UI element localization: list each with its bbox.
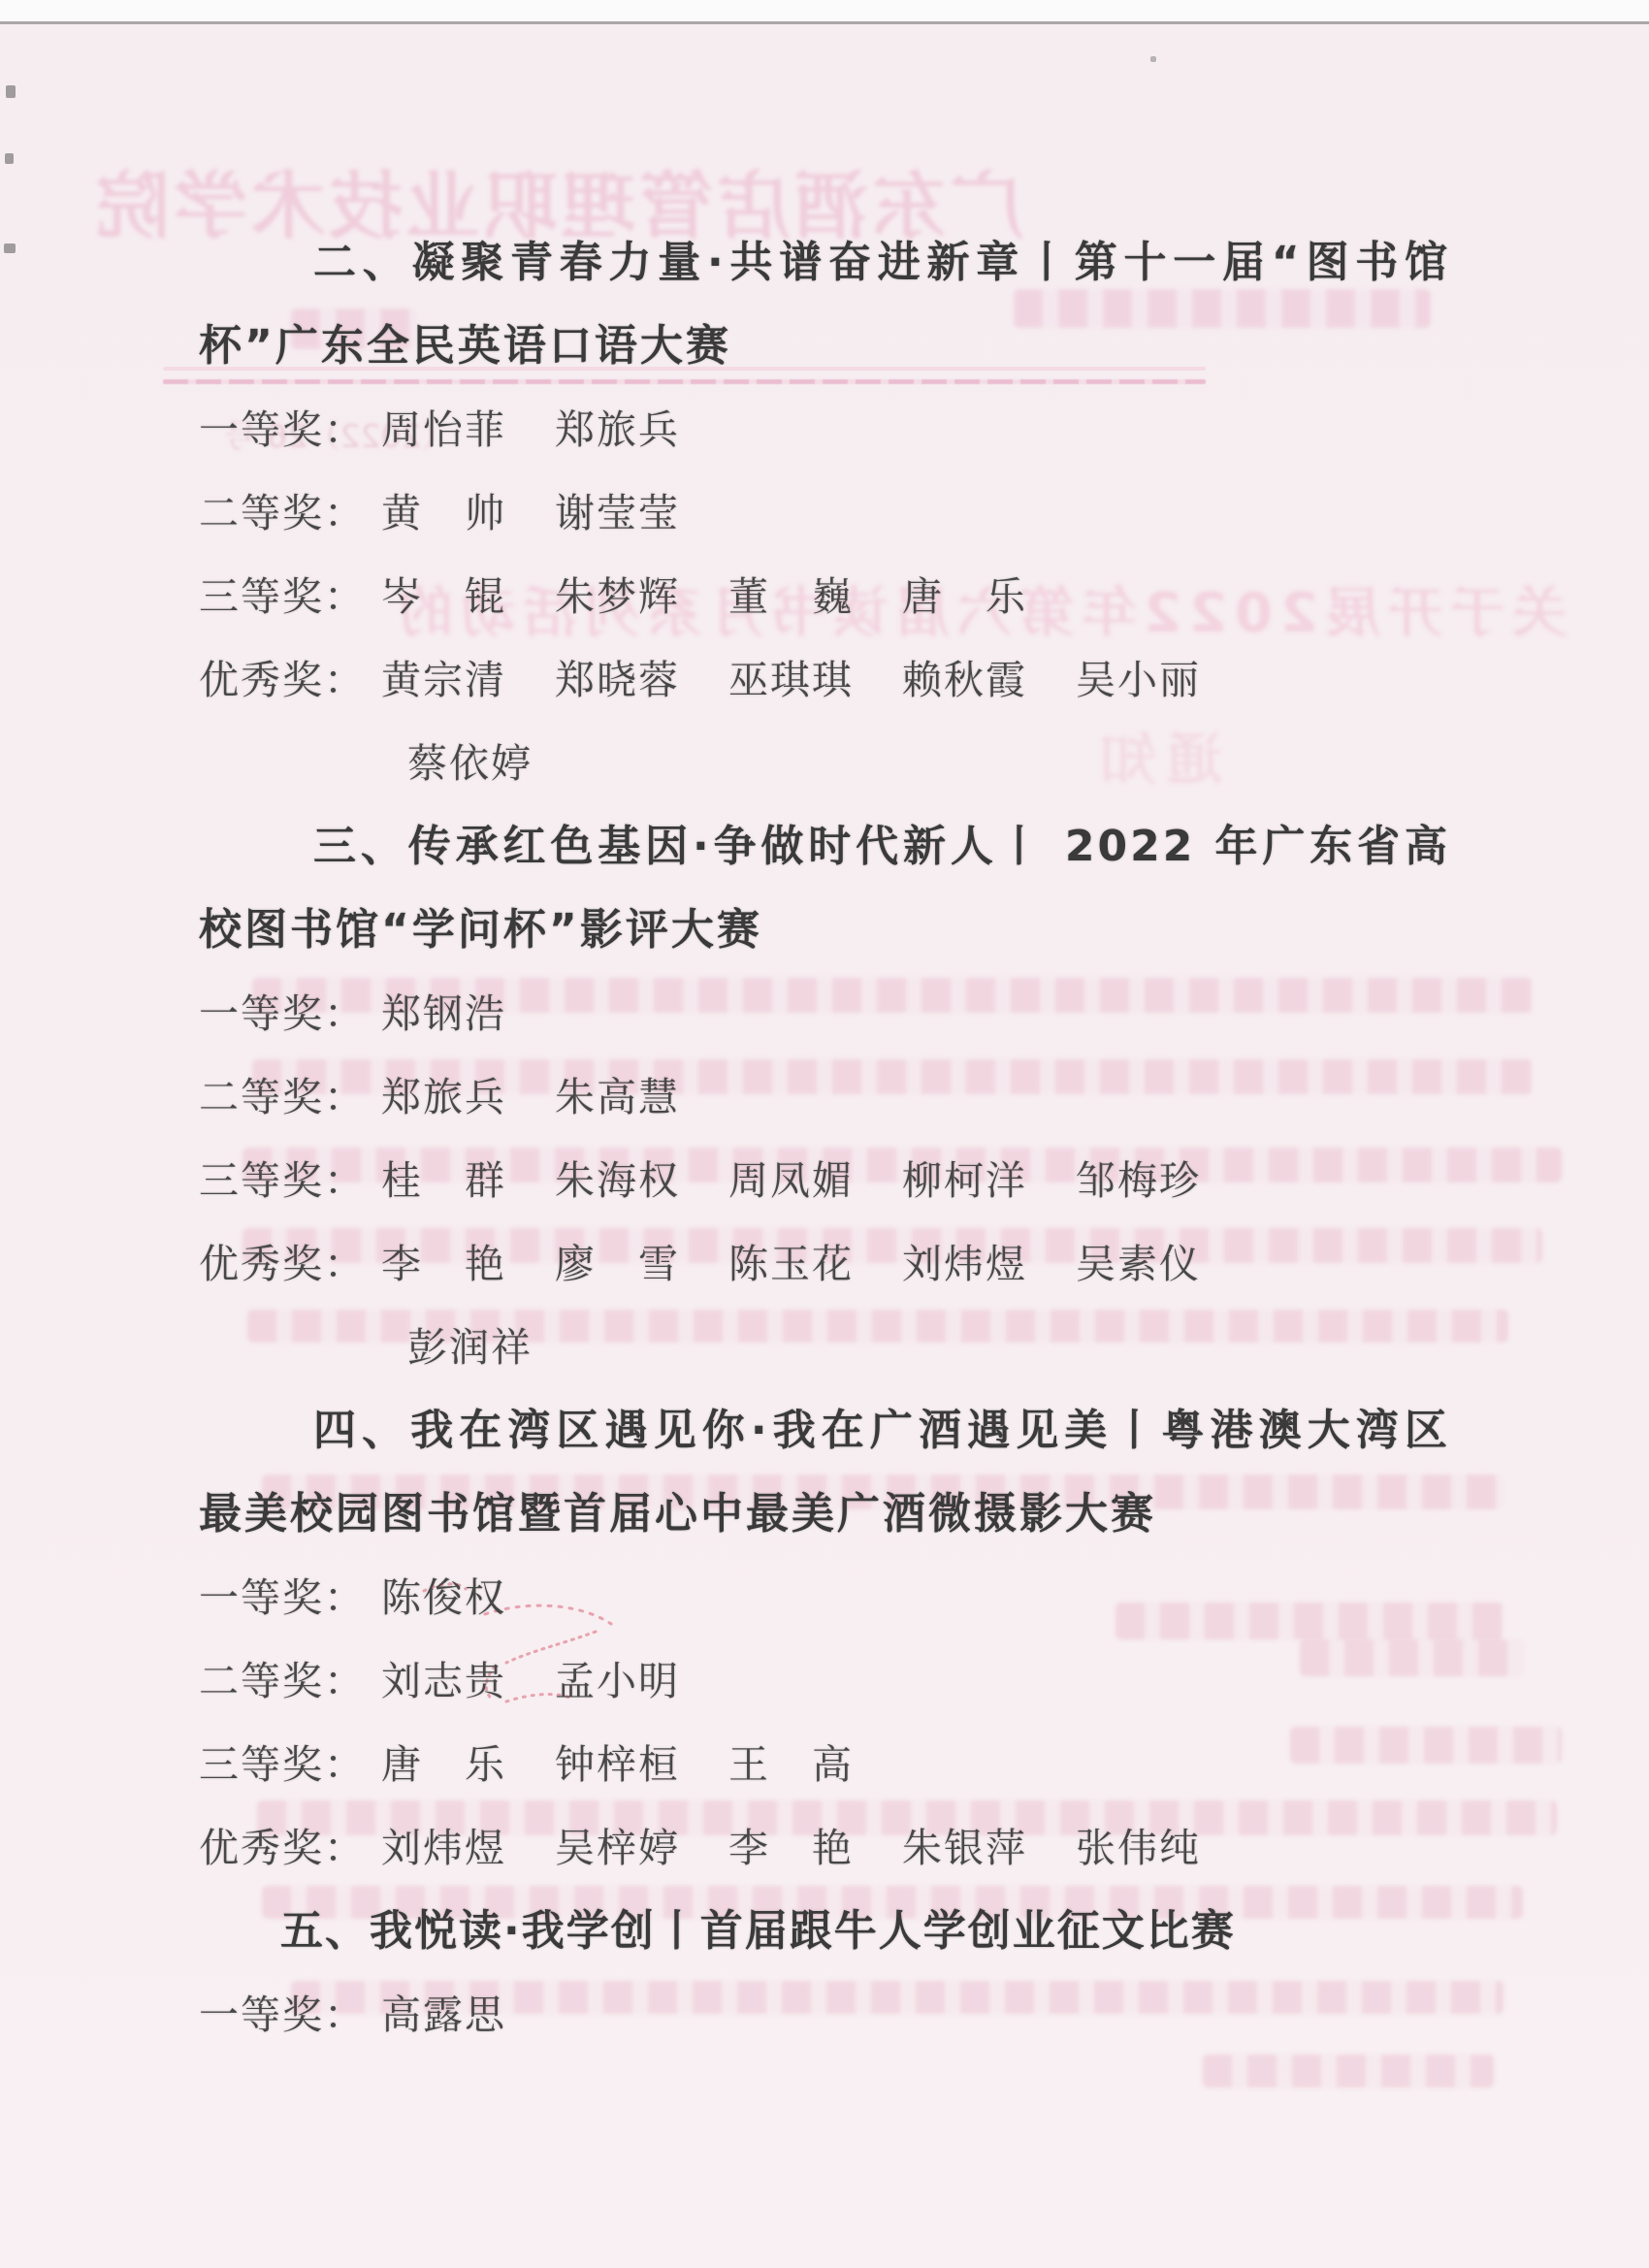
award-rank-label: 二等奖：: [199, 1075, 366, 1119]
award-rank-label: 优秀奖：: [199, 1826, 366, 1870]
bleedthrough-smudge: [1203, 2055, 1494, 2088]
award-rank-label: 一等奖：: [199, 1575, 366, 1620]
section-heading-line: 三、传承红色基因·争做时代新人丨 2022 年广东省高: [199, 805, 1450, 889]
section-heading-line: 最美校园图书馆暨首届心中最美广酒微摄影大赛: [199, 1473, 1450, 1556]
award-rank-label: 三等奖：: [199, 574, 366, 619]
award-line: 优秀奖：黄宗清郑晓蓉巫琪琪赖秋霞吴小丽: [199, 638, 1450, 722]
section-heading-line: 校图书馆“学问杯”影评大赛: [199, 889, 1450, 972]
winner-name: 吴小丽: [1076, 658, 1201, 702]
scan-artifact: [6, 85, 16, 98]
award-line: 一等奖：周怡菲郑旅兵: [199, 388, 1450, 471]
winner-name: 朱银萍: [902, 1826, 1027, 1870]
winner-name: 巫琪琪: [728, 658, 854, 702]
winner-name: 郑晓蓉: [555, 658, 680, 702]
winner-name: 彭润祥: [407, 1325, 533, 1370]
winner-name: 赖秋霞: [902, 658, 1027, 702]
award-rank-label: 二等奖：: [199, 1659, 366, 1703]
winner-name: 桂 群: [381, 1158, 506, 1203]
winner-name: 刘志贵: [381, 1659, 506, 1703]
award-line: 三等奖：桂 群朱海权周凤媚柳柯洋邹梅珍: [199, 1139, 1450, 1222]
award-line-continuation: 彭润祥: [407, 1306, 1450, 1389]
winner-name: 刘炜煜: [381, 1826, 506, 1870]
winner-name: 李 艳: [728, 1826, 854, 1870]
award-line: 一等奖：高露思: [199, 1973, 1450, 2057]
winner-name: 郑旅兵: [381, 1075, 506, 1119]
award-rank-label: 三等奖：: [199, 1158, 366, 1203]
award-line: 三等奖：岑 锟朱梦辉董 巍唐 乐: [199, 555, 1450, 638]
award-rank-label: 一等奖：: [199, 407, 366, 452]
scan-artifact: [4, 243, 16, 253]
award-rank-label: 二等奖：: [199, 491, 366, 535]
winner-name: 周凤媚: [728, 1158, 854, 1203]
award-line: 三等奖：唐 乐钟梓桓王 高: [199, 1723, 1450, 1806]
winner-name: 岑 锟: [381, 574, 506, 619]
award-line: 优秀奖：李 艳廖 雪陈玉花刘炜煜吴素仪: [199, 1222, 1450, 1306]
winner-name: 高露思: [381, 1993, 506, 2037]
award-line: 一等奖：陈俊权: [199, 1556, 1450, 1639]
award-line: 一等奖：郑钢浩: [199, 972, 1450, 1055]
winner-name: 李 艳: [381, 1242, 506, 1286]
scan-artifact: [1150, 56, 1156, 62]
scan-artifact: [5, 153, 14, 164]
award-rank-label: 优秀奖：: [199, 1242, 366, 1286]
winner-name: 唐 乐: [902, 574, 1027, 619]
winner-name: 钟梓桓: [555, 1742, 680, 1787]
winner-name: 陈玉花: [728, 1242, 854, 1286]
award-line: 二等奖：黄 帅谢莹莹: [199, 471, 1450, 555]
award-rank-label: 一等奖：: [199, 991, 366, 1036]
winner-name: 朱海权: [555, 1158, 680, 1203]
winner-name: 邹梅珍: [1076, 1158, 1201, 1203]
section-heading-line: 五、我悦读·我学创丨首届跟牛人学创业征文比赛: [199, 1890, 1450, 1973]
award-line: 二等奖：刘志贵孟小明: [199, 1639, 1450, 1723]
winner-name: 吴梓婷: [555, 1826, 680, 1870]
winner-name: 孟小明: [555, 1659, 680, 1703]
scanned-document-page: 广东酒店管理职业技术学院 （2022）26 号 关于开展2022年第六届读书月系…: [0, 0, 1649, 2268]
winner-name: 唐 乐: [381, 1742, 506, 1787]
section-heading-line: 二、凝聚青春力量·共谱奋进新章丨第十一届“图书馆: [199, 221, 1450, 305]
winner-name: 王 高: [728, 1742, 854, 1787]
scan-border-line: [0, 21, 1649, 24]
winner-name: 陈俊权: [381, 1575, 506, 1620]
winner-name: 柳柯洋: [902, 1158, 1027, 1203]
award-rank-label: 优秀奖：: [199, 658, 366, 702]
winner-name: 董 巍: [728, 574, 854, 619]
winner-name: 刘炜煜: [902, 1242, 1027, 1286]
winner-name: 黄 帅: [381, 491, 506, 535]
winner-name: 张伟纯: [1076, 1826, 1201, 1870]
winner-name: 朱高慧: [555, 1075, 680, 1119]
section-heading-line: 杯”广东全民英语口语大赛: [199, 305, 1450, 388]
award-rank-label: 三等奖：: [199, 1742, 366, 1787]
award-line: 优秀奖：刘炜煜吴梓婷李 艳朱银萍张伟纯: [199, 1806, 1450, 1890]
section-heading-line: 四、我在湾区遇见你·我在广酒遇见美丨粤港澳大湾区: [199, 1389, 1450, 1473]
scan-top-strip: [0, 0, 1649, 21]
winner-name: 郑钢浩: [381, 991, 506, 1036]
winner-name: 廖 雪: [555, 1242, 680, 1286]
winner-name: 周怡菲: [381, 407, 506, 452]
award-line-continuation: 蔡依婷: [407, 722, 1450, 805]
winner-name: 黄宗清: [381, 658, 506, 702]
winner-name: 吴素仪: [1076, 1242, 1201, 1286]
document-content: 二、凝聚青春力量·共谱奋进新章丨第十一届“图书馆杯”广东全民英语口语大赛一等奖：…: [199, 221, 1450, 2057]
winner-name: 郑旅兵: [555, 407, 680, 452]
winner-name: 朱梦辉: [555, 574, 680, 619]
award-line: 二等奖：郑旅兵朱高慧: [199, 1055, 1450, 1139]
award-rank-label: 一等奖：: [199, 1993, 366, 2037]
winner-name: 谢莹莹: [555, 491, 680, 535]
winner-name: 蔡依婷: [407, 741, 533, 786]
